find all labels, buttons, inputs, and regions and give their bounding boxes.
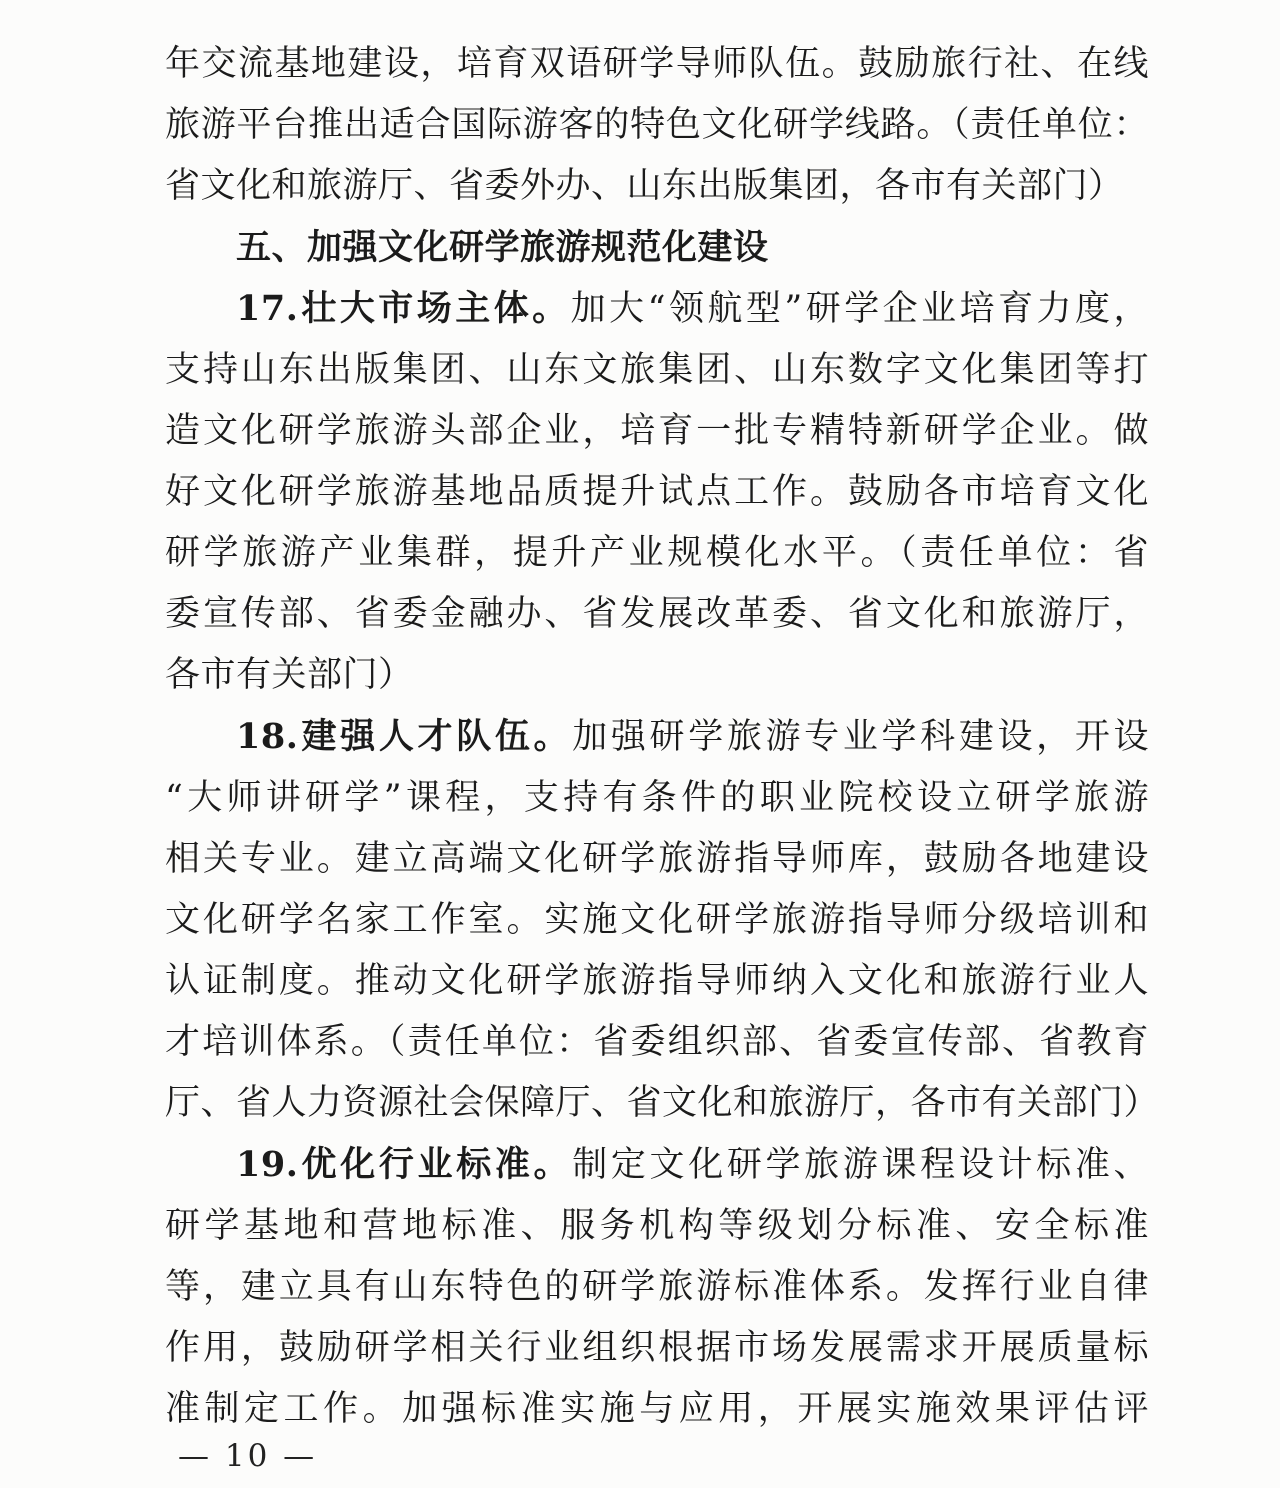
paragraph-18-line: 才培训体系。（责任单位：省委组织部、省委宣传部、省教育 <box>165 1012 1149 1073</box>
paragraph-19-line: 等，建立具有山东特色的研学旅游标准体系。发挥行业自律 <box>165 1257 1149 1318</box>
paragraph-17-line: 委宣传部、省委金融办、省发展改革委、省文化和旅游厅， <box>165 584 1149 645</box>
paragraph-18-line: “大师讲研学”课程，支持有条件的职业院校设立研学旅游 <box>165 768 1149 829</box>
paragraph-17-line: 支持山东出版集团、山东文旅集团、山东数字文化集团等打 <box>165 340 1149 401</box>
paragraph-19-first-line-rest: 制定文化研学旅游课程设计标准、 <box>572 1145 1149 1185</box>
paragraph-19-title: 19.优化行业标准。 <box>236 1144 572 1185</box>
paragraph-17-line: 各市有关部门） <box>165 645 1149 706</box>
paragraph-17-title: 17.壮大市场主体。 <box>236 288 571 329</box>
section-5-heading: 五、加强文化研学旅游规范化建设 <box>165 217 1149 278</box>
paragraph-18-line: 认证制度。推动文化研学旅游指导师纳入文化和旅游行业人 <box>165 951 1149 1012</box>
paragraph-17-first-line-rest: 加大“领航型”研学企业培育力度， <box>571 289 1149 329</box>
page-footer: — 10 — <box>178 1432 317 1480</box>
paragraph-17-first-line: 17.壮大市场主体。加大“领航型”研学企业培育力度， <box>165 278 1149 340</box>
intro-paragraph-line: 年交流基地建设，培育双语研学导师队伍。鼓励旅行社、在线 <box>165 34 1149 95</box>
paragraph-18-line: 厅、省人力资源社会保障厅、省文化和旅游厅，各市有关部门） <box>165 1073 1149 1134</box>
paragraph-19-line: 研学基地和营地标准、服务机构等级划分标准、安全标准 <box>165 1196 1149 1257</box>
paragraph-19-line: 作用，鼓励研学相关行业组织根据市场发展需求开展质量标 <box>165 1318 1149 1379</box>
paragraph-18-first-line: 18.建强人才队伍。加强研学旅游专业学科建设，开设 <box>165 706 1149 768</box>
paragraph-18-line: 相关专业。建立高端文化研学旅游指导师库，鼓励各地建设 <box>165 829 1149 890</box>
page-number: — 10 — <box>178 1438 317 1474</box>
paragraph-17-line: 造文化研学旅游头部企业，培育一批专精特新研学企业。做 <box>165 401 1149 462</box>
document-page: 年交流基地建设，培育双语研学导师队伍。鼓励旅行社、在线 旅游平台推出适合国际游客… <box>0 0 1280 1488</box>
paragraph-18-first-line-rest: 加强研学旅游专业学科建设，开设 <box>572 717 1149 757</box>
paragraph-19-line: 准制定工作。加强标准实施与应用，开展实施效果评估评 <box>165 1379 1149 1440</box>
document-body: 年交流基地建设，培育双语研学导师队伍。鼓励旅行社、在线 旅游平台推出适合国际游客… <box>165 34 1149 1440</box>
paragraph-17-line: 研学旅游产业集群，提升产业规模化水平。（责任单位：省 <box>165 523 1149 584</box>
paragraph-18-line: 文化研学名家工作室。实施文化研学旅游指导师分级培训和 <box>165 890 1149 951</box>
intro-paragraph-line: 旅游平台推出适合国际游客的特色文化研学线路。（责任单位： <box>165 95 1149 156</box>
paragraph-19-first-line: 19.优化行业标准。制定文化研学旅游课程设计标准、 <box>165 1134 1149 1196</box>
paragraph-17-line: 好文化研学旅游基地品质提升试点工作。鼓励各市培育文化 <box>165 462 1149 523</box>
paragraph-18-title: 18.建强人才队伍。 <box>236 716 572 757</box>
intro-paragraph-line: 省文化和旅游厅、省委外办、山东出版集团，各市有关部门） <box>165 156 1149 217</box>
